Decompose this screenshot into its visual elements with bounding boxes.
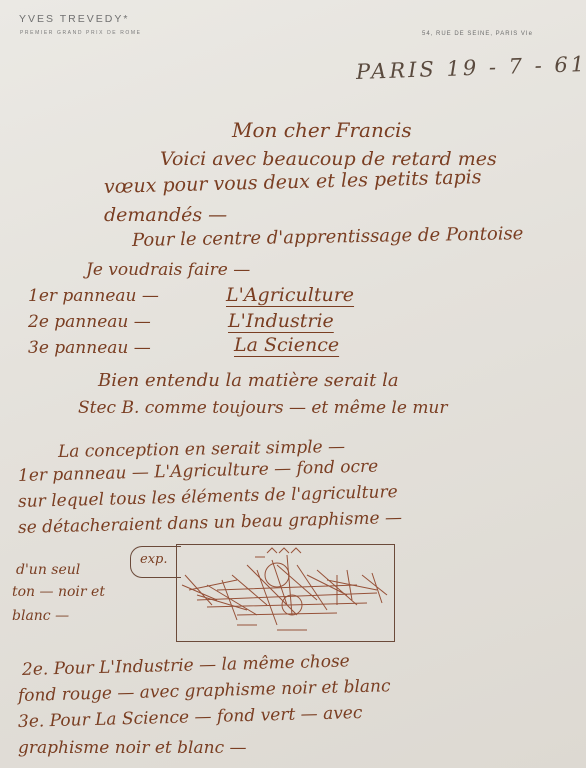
letter-line: fond rouge — avec graphisme noir et blan… bbox=[18, 676, 391, 706]
ink-sketch bbox=[176, 544, 395, 642]
sketch-note: blanc — bbox=[12, 608, 69, 624]
panel-label-1: 1er panneau — bbox=[28, 286, 159, 306]
sketch-drawing-icon bbox=[177, 545, 394, 641]
letter-line: vœux pour vous deux et les petits tapis bbox=[104, 166, 482, 198]
letterhead-subtitle: PREMIER GRAND PRIX DE ROME bbox=[20, 30, 142, 36]
panel-title-industrie: L'Industrie bbox=[228, 310, 334, 332]
letter-date: PARIS 19 - 7 - 61 bbox=[356, 52, 586, 84]
sketch-note: d'un seul bbox=[16, 562, 80, 578]
letter-line: Je voudrais faire — bbox=[86, 260, 250, 280]
panel-label-3: 3e panneau — bbox=[28, 338, 151, 358]
letterhead-address: 54, RUE DE SEINE, PARIS VIe bbox=[422, 31, 533, 37]
letter-line: se détacheraient dans un beau graphisme … bbox=[18, 508, 403, 538]
letter-line: Bien entendu la matière serait la bbox=[98, 370, 399, 391]
letter-line: graphisme noir et blanc — bbox=[18, 738, 247, 758]
panel-label-2: 2e panneau — bbox=[28, 312, 151, 332]
exp-label: exp. bbox=[140, 552, 167, 567]
letter-page: YVES TREVEDY* PREMIER GRAND PRIX DE ROME… bbox=[0, 0, 586, 768]
sketch-note: ton — noir et bbox=[12, 584, 105, 600]
letter-line: demandés — bbox=[104, 204, 227, 226]
salutation: Mon cher Francis bbox=[232, 118, 412, 142]
letterhead-name: YVES TREVEDY* bbox=[19, 13, 129, 25]
letter-line: Pour le centre d'apprentissage de Pontoi… bbox=[132, 223, 524, 251]
panel-title-science: La Science bbox=[234, 334, 339, 356]
letter-line: 2e. Pour L'Industrie — la même chose bbox=[22, 651, 350, 680]
letter-line: 3e. Pour La Science — fond vert — avec bbox=[18, 703, 363, 732]
letter-line: Stec B. comme toujours — et même le mur bbox=[78, 398, 448, 418]
panel-title-agriculture: L'Agriculture bbox=[226, 284, 354, 306]
letter-line: sur lequel tous les éléments de l'agricu… bbox=[18, 482, 398, 512]
